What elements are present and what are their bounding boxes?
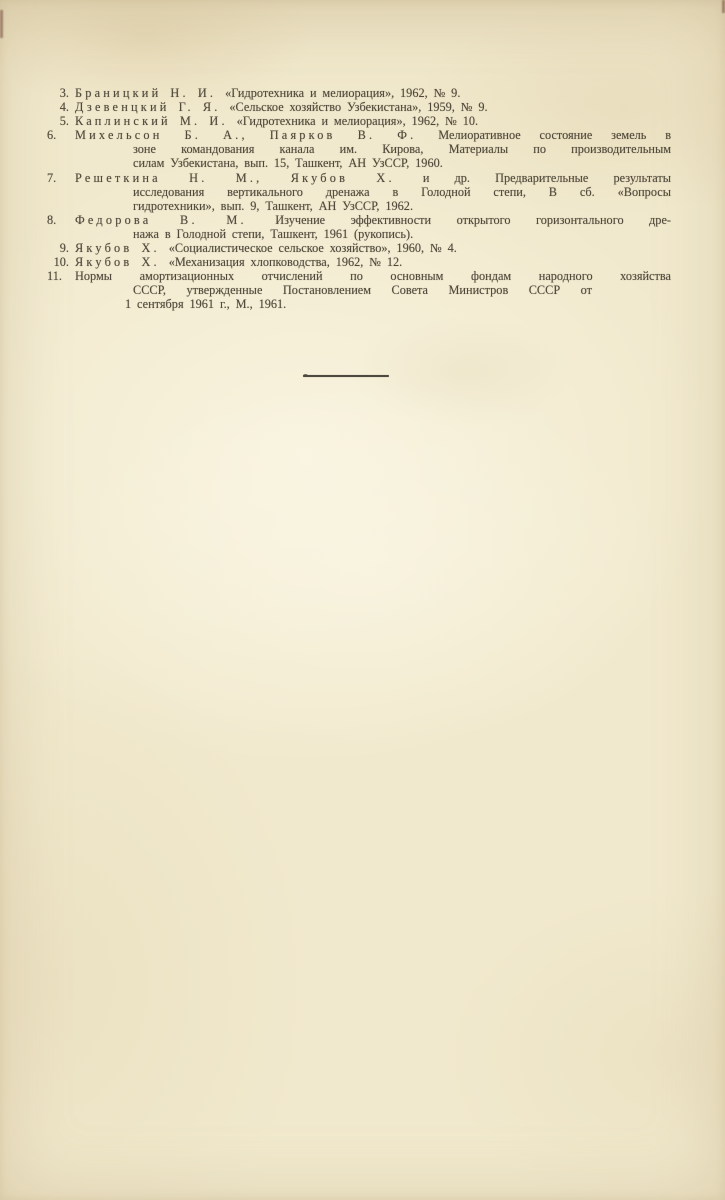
entry-author: Решеткина Н. М., Якубов Х. xyxy=(75,171,395,185)
entry-author: Михельсон Б. А., Паярков В. Ф. xyxy=(75,128,416,142)
bibliography-entry-4: 4. Дзевенцкий Г. Я. «Сельское хозяйство … xyxy=(75,100,671,114)
entry-author: Федорова В. М. xyxy=(75,213,247,227)
entry-text: «Гидротехника и мелиорация», 1962, № 10. xyxy=(237,114,478,128)
entry-number: 11. xyxy=(47,269,69,283)
entry-text: «Механизация хлопководства, 1962, № 12. xyxy=(169,255,403,269)
entry-text: Мелиоративное состояние земель в xyxy=(438,128,671,142)
entry-continuation-line: гидротехники», вып. 9, Ташкент, АН УзССР… xyxy=(75,199,671,213)
entry-line: 8. Федорова В. М. Изучение эффективности… xyxy=(75,213,671,227)
entry-number: 4. xyxy=(47,100,69,114)
entry-number: 6. xyxy=(47,128,69,142)
entry-number: 7. xyxy=(47,171,69,185)
entry-author: Якубов Х. xyxy=(75,255,160,269)
entry-continuation-line: 1 сентября 1961 г., М., 1961. xyxy=(75,297,671,311)
bibliography-entry-11: 11. Нормы амортизационных отчислений по … xyxy=(75,269,671,311)
entry-line: 9. Якубов Х. «Социалистическое сельское … xyxy=(75,241,671,255)
bibliography-entry-10: 10. Якубов Х. «Механизация хлопководства… xyxy=(75,255,671,269)
scan-edge-artifact-left xyxy=(0,10,3,38)
entry-continuation-line: СССР, утвержденные Постановлением Совета… xyxy=(75,283,671,297)
bibliography-entry-5: 5. Каплинский М. И. «Гидротехника и мели… xyxy=(75,114,671,128)
entry-continuation-line: исследования вертикального дренажа в Гол… xyxy=(75,185,671,199)
entry-number: 10. xyxy=(47,255,69,269)
scanned-page: 3. Браницкий Н. И. «Гидротехника и мелио… xyxy=(0,0,725,1200)
entry-author: Каплинский М. И. xyxy=(75,114,228,128)
entry-continuation-line: зоне командования канала им. Кирова, Мат… xyxy=(75,142,671,156)
section-divider xyxy=(303,375,389,377)
bibliography-entry-6: 6. Михельсон Б. А., Паярков В. Ф. Мелиор… xyxy=(75,128,671,170)
entry-number: 3. xyxy=(47,86,69,100)
entry-line: 4. Дзевенцкий Г. Я. «Сельское хозяйство … xyxy=(75,100,671,114)
entry-text: и др. Предварительные результаты xyxy=(423,171,671,185)
entry-text: Нормы амортизационных отчислений по осно… xyxy=(75,269,671,283)
bibliography-entry-7: 7. Решеткина Н. М., Якубов Х. и др. Пред… xyxy=(75,171,671,213)
entry-line: 6. Михельсон Б. А., Паярков В. Ф. Мелиор… xyxy=(75,128,671,142)
entry-continuation-line: нажа в Голодной степи, Ташкент, 1961 (ру… xyxy=(75,227,671,241)
entry-text: «Социалистическое сельское хозяйство», 1… xyxy=(169,241,457,255)
entry-text: «Гидротехника и мелиорация», 1962, № 9. xyxy=(225,86,460,100)
entry-number: 9. xyxy=(47,241,69,255)
entry-line: 3. Браницкий Н. И. «Гидротехника и мелио… xyxy=(75,86,671,100)
entry-number: 5. xyxy=(47,114,69,128)
entry-line: 5. Каплинский М. И. «Гидротехника и мели… xyxy=(75,114,671,128)
entry-line: 10. Якубов Х. «Механизация хлопководства… xyxy=(75,255,671,269)
entry-continuation-line: силам Узбекистана, вып. 15, Ташкент, АН … xyxy=(75,156,671,170)
entry-author: Браницкий Н. И. xyxy=(75,86,216,100)
entry-author: Дзевенцкий Г. Я. xyxy=(75,100,221,114)
entry-line: 11. Нормы амортизационных отчислений по … xyxy=(75,269,671,283)
bibliography-entry-8: 8. Федорова В. М. Изучение эффективности… xyxy=(75,213,671,241)
bibliography-entry-3: 3. Браницкий Н. И. «Гидротехника и мелио… xyxy=(75,86,671,100)
entry-line: 7. Решеткина Н. М., Якубов Х. и др. Пред… xyxy=(75,171,671,185)
bibliography-entry-9: 9. Якубов Х. «Социалистическое сельское … xyxy=(75,241,671,255)
bibliography-list: 3. Браницкий Н. И. «Гидротехника и мелио… xyxy=(75,86,671,312)
entry-text: «Сельское хозяйство Узбекистана», 1959, … xyxy=(229,100,487,114)
entry-number: 8. xyxy=(47,213,69,227)
entry-text: Изучение эффективности открытого горизон… xyxy=(275,213,671,227)
entry-author: Якубов Х. xyxy=(75,241,160,255)
